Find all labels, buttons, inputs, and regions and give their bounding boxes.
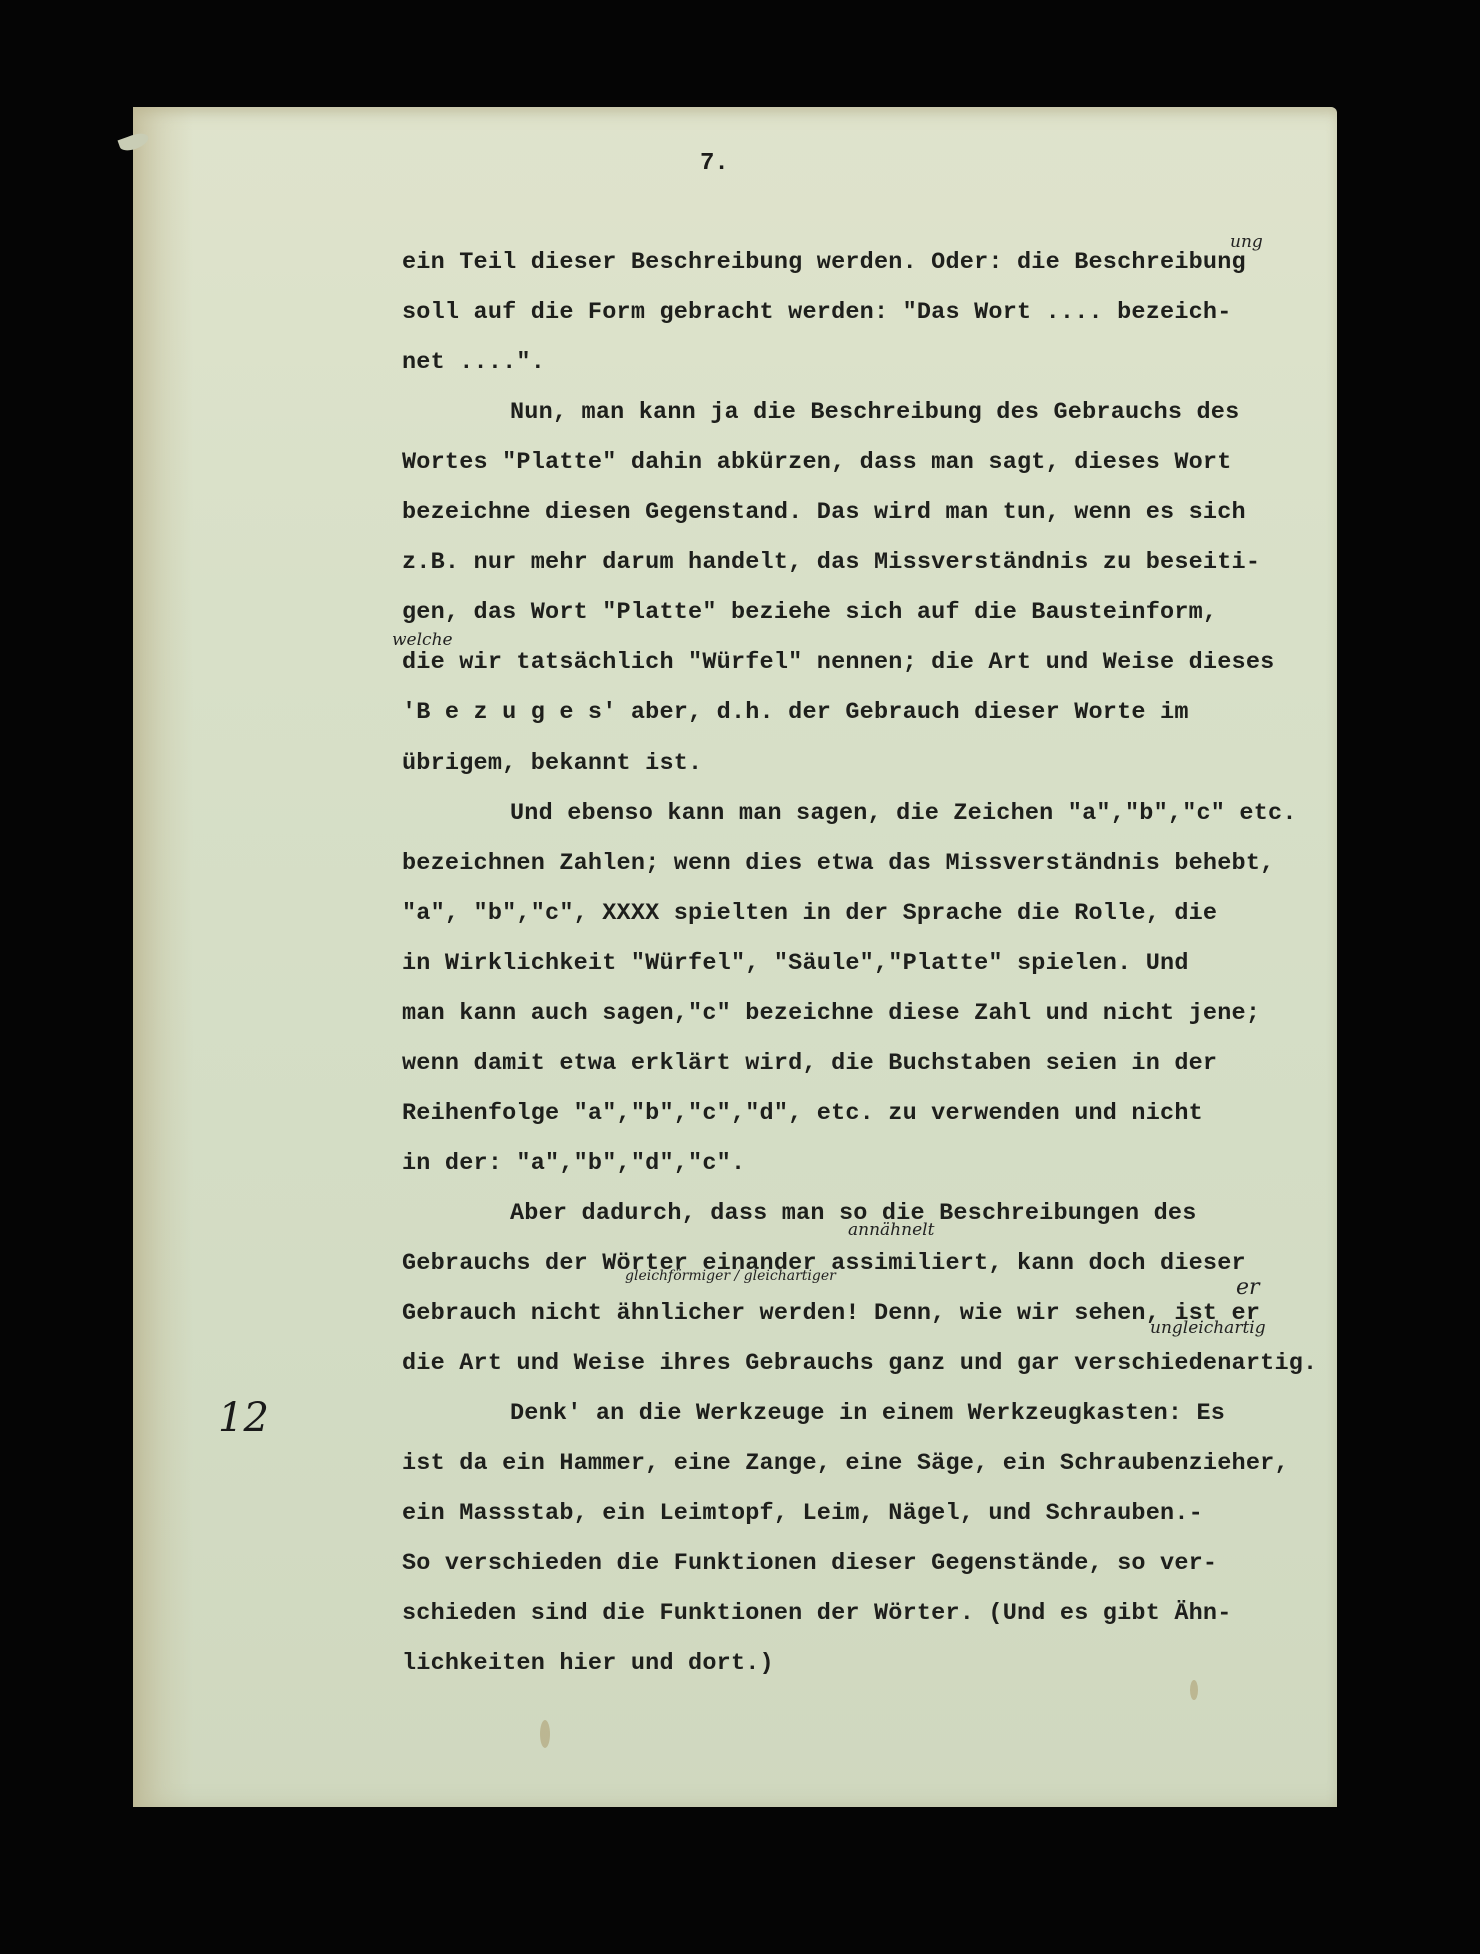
typed-line: wenn damit etwa erklärt wird, die Buchst… bbox=[402, 1050, 1217, 1077]
handwritten-insertion-annaehnelt: annähnelt bbox=[848, 1220, 934, 1240]
typed-line: net ....". bbox=[402, 349, 545, 376]
typed-line: Nun, man kann ja die Beschreibung des Ge… bbox=[510, 399, 1239, 426]
handwritten-insertion-welche: welche bbox=[392, 630, 453, 650]
typed-line: soll auf die Form gebracht werden: "Das … bbox=[402, 299, 1232, 326]
paper-stain bbox=[540, 1720, 550, 1748]
typed-line: Und ebenso kann man sagen, die Zeichen "… bbox=[510, 800, 1297, 827]
typed-line: Gebrauch nicht ähnlicher werden! Denn, w… bbox=[402, 1300, 1260, 1327]
handwritten-insertion-gleichfoermiger: gleichförmiger / gleichartiger bbox=[625, 1268, 836, 1284]
typed-line: man kann auch sagen,"c" bezeichne diese … bbox=[402, 1000, 1260, 1027]
typed-line: Wortes "Platte" dahin abkürzen, dass man… bbox=[402, 449, 1232, 476]
typed-line: übrigem, bekannt ist. bbox=[402, 750, 702, 777]
typed-line: ein Massstab, ein Leimtopf, Leim, Nägel,… bbox=[402, 1500, 1203, 1527]
typed-line: ein Teil dieser Beschreibung werden. Ode… bbox=[402, 249, 1246, 276]
typed-line: ist da ein Hammer, eine Zange, eine Säge… bbox=[402, 1450, 1289, 1477]
typed-line: So verschieden die Funktionen dieser Geg… bbox=[402, 1550, 1217, 1577]
margin-annotation-number: 12 bbox=[218, 1395, 269, 1441]
typed-line: "a", "b","c", XXXX spielten in der Sprac… bbox=[402, 900, 1217, 927]
typed-line: 'B e z u g e s' aber, d.h. der Gebrauch … bbox=[402, 699, 1189, 726]
typed-line: schieden sind die Funktionen der Wörter.… bbox=[402, 1600, 1232, 1627]
handwritten-insertion-er: er bbox=[1236, 1275, 1260, 1300]
typed-line: z.B. nur mehr darum handelt, das Missver… bbox=[402, 549, 1260, 576]
typed-line: in der: "a","b","d","c". bbox=[402, 1150, 745, 1177]
typed-line: Reihenfolge "a","b","c","d", etc. zu ver… bbox=[402, 1100, 1203, 1127]
typed-line: die Art und Weise ihres Gebrauchs ganz u… bbox=[402, 1350, 1317, 1377]
page-number: 7. bbox=[700, 150, 729, 177]
handwritten-insertion-ungleichartig: ungleichartig bbox=[1150, 1318, 1266, 1338]
typed-line: gen, das Wort "Platte" beziehe sich auf … bbox=[402, 599, 1217, 626]
typed-line: in Wirklichkeit "Würfel", "Säule","Platt… bbox=[402, 950, 1189, 977]
paper-stain bbox=[1190, 1680, 1198, 1700]
typed-line: die wir tatsächlich "Würfel" nennen; die… bbox=[402, 649, 1274, 676]
torn-corner bbox=[118, 130, 151, 153]
typed-line: lichkeiten hier und dort.) bbox=[402, 1650, 774, 1677]
typed-line: bezeichnen Zahlen; wenn dies etwa das Mi… bbox=[402, 850, 1274, 877]
typed-line: bezeichne diesen Gegenstand. Das wird ma… bbox=[402, 499, 1246, 526]
handwritten-insertion-ung: ung bbox=[1230, 232, 1263, 252]
typed-line: Denk' an die Werkzeuge in einem Werkzeug… bbox=[510, 1400, 1225, 1427]
